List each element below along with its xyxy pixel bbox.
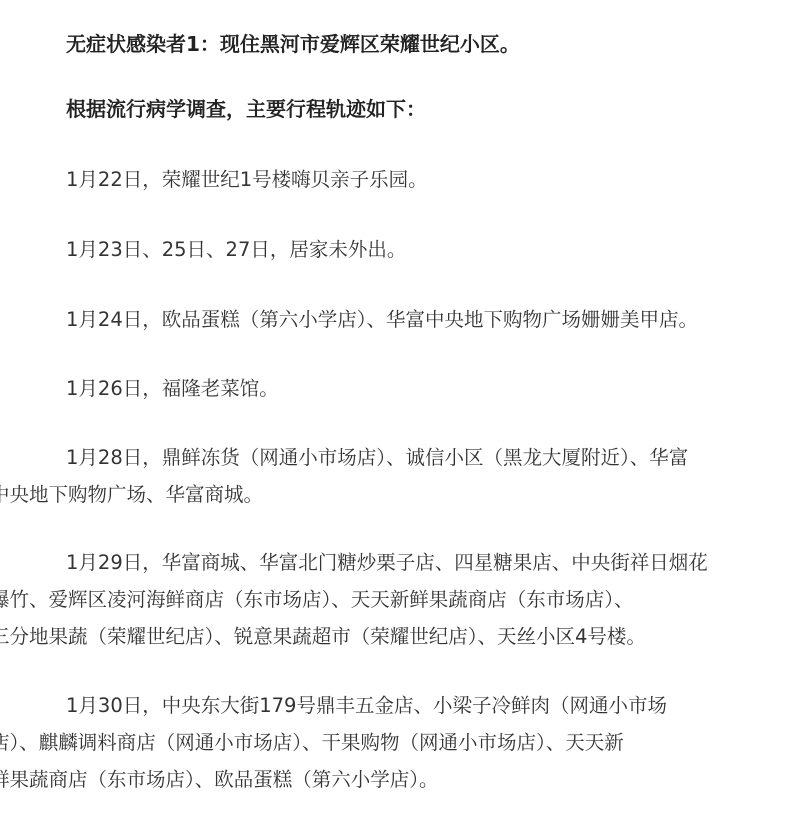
entry-line: 1月24日，欧品蛋糕（第六小学店）、华富中央地下购物广场姗姗美甲店。 [28,301,768,338]
itinerary-entry-jan30: 1月30日，中央东大街179号鼎丰五金店、小梁子冷鲜肉（网通小市场 店）、麒麟调… [28,687,768,798]
itinerary-entry-jan23-25-27: 1月23日、25日、27日，居家未外出。 [28,231,768,268]
entry-line: 1月26日，福隆老菜馆。 [28,370,768,407]
itinerary-entry-jan26: 1月26日，福隆老菜馆。 [28,370,768,407]
entry-line: 1月28日，鼎鲜冻货（网通小市场店）、诚信小区（黑龙大厦附近）、华富 [28,439,768,476]
investigation-heading: 根据流行病学调查，主要行程轨迹如下： [28,91,768,128]
entry-line: 中央地下购物广场、华富商城。 [0,476,768,513]
itinerary-entry-jan29: 1月29日，华富商城、华富北门糖炒栗子店、四星糖果店、中央街祥日烟花 爆竹、爱辉… [28,544,768,655]
itinerary-entry-jan24: 1月24日，欧品蛋糕（第六小学店）、华富中央地下购物广场姗姗美甲店。 [28,301,768,338]
entry-line: 爆竹、爱辉区凌河海鲜商店（东市场店）、天天新鲜果蔬商店（东市场店）、 [0,581,768,618]
entry-line: 1月29日，华富商城、华富北门糖炒栗子店、四星糖果店、中央街祥日烟花 [28,544,768,581]
itinerary-entry-jan22: 1月22日，荣耀世纪1号楼嗨贝亲子乐园。 [28,161,768,198]
entry-line: 1月30日，中央东大街179号鼎丰五金店、小梁子冷鲜肉（网通小市场 [28,687,768,724]
entry-line: 三分地果蔬（荣耀世纪店）、锐意果蔬超市（荣耀世纪店）、天丝小区4号楼。 [0,618,768,655]
case-heading-text: 无症状感染者1：现住黑河市爱辉区荣耀世纪小区。 [28,26,768,63]
entry-line: 鲜果蔬商店（东市场店）、欧品蛋糕（第六小学店）。 [0,761,768,798]
itinerary-entry-jan28: 1月28日，鼎鲜冻货（网通小市场店）、诚信小区（黑龙大厦附近）、华富 中央地下购… [28,439,768,513]
entry-line: 1月22日，荣耀世纪1号楼嗨贝亲子乐园。 [28,161,768,198]
entry-line: 店）、麒麟调料商店（网通小市场店）、干果购物（网通小市场店）、天天新 [0,724,768,761]
investigation-heading-text: 根据流行病学调查，主要行程轨迹如下： [28,91,768,128]
entry-line: 1月23日、25日、27日，居家未外出。 [28,231,768,268]
document-body: 无症状感染者1：现住黑河市爱辉区荣耀世纪小区。 根据流行病学调查，主要行程轨迹如… [0,0,800,824]
case-heading: 无症状感染者1：现住黑河市爱辉区荣耀世纪小区。 [28,26,768,63]
